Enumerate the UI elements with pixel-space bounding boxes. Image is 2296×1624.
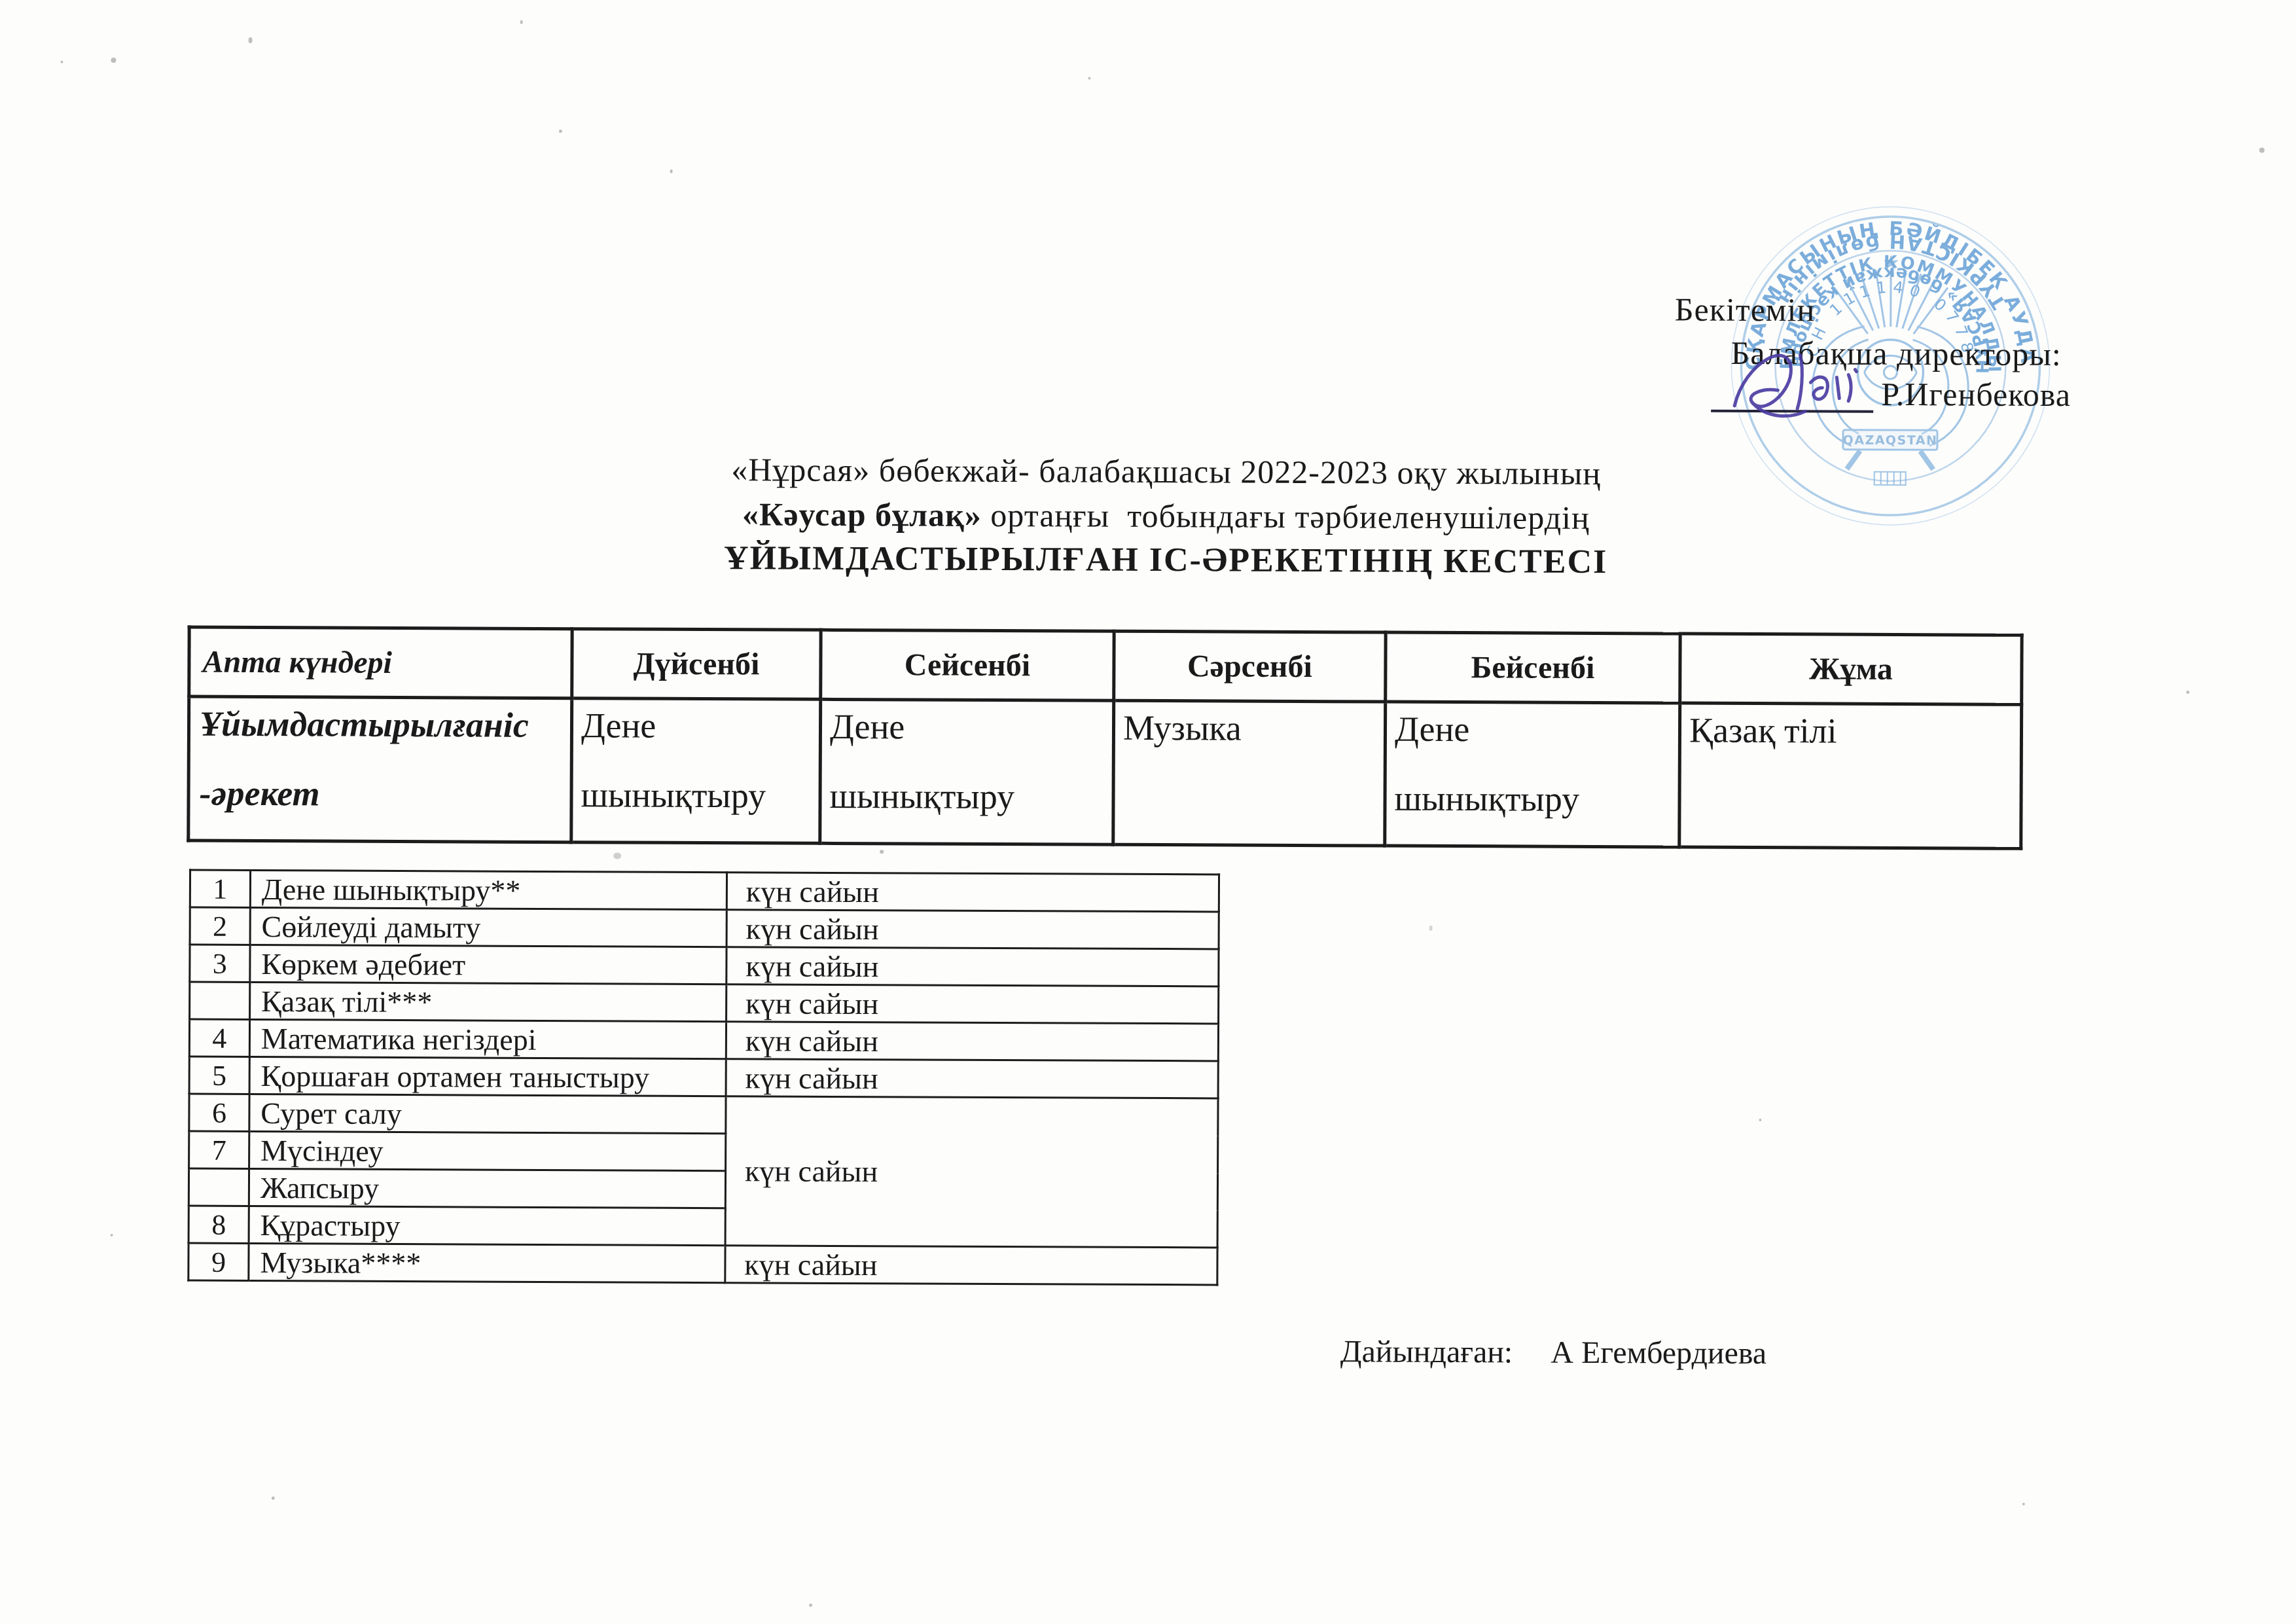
activity-name-cell: Құрастыру — [249, 1206, 725, 1246]
scan-speck — [1088, 77, 1090, 80]
activity-name-cell: Сөйлеуді дамыту — [250, 908, 726, 947]
table-row: 1 Дене шынықтыру** күн сайын — [190, 870, 1219, 912]
table-row: 6 Сурет салу күн сайын — [189, 1094, 1218, 1136]
scan-speck — [809, 1604, 812, 1607]
frequency-cell: күн сайын — [726, 947, 1219, 986]
scan-speck — [2259, 147, 2265, 153]
scan-speck — [2022, 1503, 2025, 1506]
activity-name-cell: Қазақ тілі*** — [250, 983, 726, 1022]
week-header-row: Апта күндері Дүйсенбі Сейсенбі Сәрсенбі … — [189, 627, 2022, 704]
scan-speck — [559, 130, 562, 133]
table-row: 5 Қоршаған ортамен таныстыру күн сайын — [189, 1056, 1218, 1098]
frequency-cell: күн сайын — [726, 1059, 1218, 1098]
scan-speck — [249, 37, 253, 43]
row-number-cell — [188, 1168, 249, 1206]
director-name: Р.Игенбекова — [1881, 375, 2071, 414]
title-group-name: «Кәусар бұлақ» — [742, 496, 982, 533]
frequency-cell: күн сайын — [725, 1246, 1217, 1285]
title-line-1: «Нұрсая» бөбекжай- балабақшасы 2022-2023… — [368, 446, 1965, 497]
activity-name-cell: Дене шынықтыру** — [250, 871, 726, 910]
scan-speck — [272, 1496, 275, 1500]
activity-name-cell: Жапсыру — [249, 1169, 725, 1208]
scan-speck — [1759, 1119, 1761, 1121]
frequency-cell-merged: күн сайын — [725, 1096, 1218, 1248]
approve-label: Бекітемін — [1675, 291, 1816, 329]
scan-speck — [2186, 691, 2189, 694]
table-row: 3 Көркем әдебиет күн сайын — [190, 945, 1219, 986]
table-row: 4 Математика негіздері күн сайын — [189, 1019, 1218, 1061]
activity-name-cell: Сурет салу — [249, 1094, 726, 1134]
title-line-2: «Кәусар бұлақ» ортаңғы тобындағы тәрбиел… — [367, 490, 1964, 542]
stamp-center-label: QAZAQSTAN — [1843, 433, 1938, 448]
table-row: Қазақ тілі*** күн сайын — [190, 982, 1219, 1024]
row-number-cell: 7 — [189, 1131, 249, 1168]
row-number-cell: 2 — [190, 907, 250, 945]
row-number-cell: 6 — [189, 1094, 249, 1131]
frequency-cell: күн сайын — [726, 1022, 1218, 1061]
row-number-cell — [190, 982, 250, 1019]
weekly-schedule-table: Апта күндері Дүйсенбі Сейсенбі Сәрсенбі … — [187, 626, 2023, 850]
prepared-by-name: А Егембердиева — [1551, 1335, 1767, 1371]
day-header-wednesday: Сәрсенбі — [1114, 631, 1386, 702]
day-header-tuesday: Сейсенбі — [821, 630, 1114, 700]
scan-smudge — [613, 852, 621, 859]
thursday-activity-cell: Дене шынықтыру — [1385, 702, 1680, 847]
tuesday-activity-cell: Дене шынықтыру — [820, 699, 1114, 844]
scanned-document-sheet: БАСҚАРМАСЫНЫҢ БӘЙДІБЕК АУДАНЫ ТҮРКІСТАН … — [0, 0, 2296, 1624]
row-number-cell: 1 — [190, 870, 250, 907]
scan-speck — [60, 61, 63, 63]
handwritten-signature — [1727, 335, 1897, 427]
prepared-by-label: Дайындаған: — [1340, 1334, 1513, 1369]
daily-activities-table: 1 Дене шынықтыру** күн сайын 2 Сөйлеуді … — [187, 869, 1220, 1286]
title-line-2-rest: ортаңғы тобындағы тәрбиеленушілердің — [982, 497, 1590, 536]
row-number-cell: 5 — [189, 1056, 249, 1094]
frequency-cell: күн сайын — [726, 984, 1219, 1024]
week-activities-row: Ұйымдастырылғаніс -әрекет Дене шынықтыру… — [188, 696, 2022, 848]
scan-speck — [880, 850, 884, 854]
row-number-cell: 9 — [188, 1243, 249, 1280]
scan-speck — [1429, 926, 1433, 931]
day-header-monday: Дүйсенбі — [572, 629, 821, 700]
activity-name-cell: Музыка**** — [249, 1244, 725, 1283]
friday-activity-cell: Қазақ тілі — [1679, 703, 2022, 848]
frequency-cell: күн сайын — [726, 873, 1219, 912]
day-header-friday: Жұма — [1680, 634, 2022, 704]
week-days-header: Апта күндері — [189, 627, 572, 698]
row-number-cell: 4 — [189, 1019, 249, 1056]
document-title-block: «Нұрсая» бөбекжай- балабақшасы 2022-2023… — [367, 446, 1965, 586]
row-number-cell: 8 — [188, 1206, 249, 1243]
table-row: 2 Сөйлеуді дамыту күн сайын — [190, 907, 1219, 949]
scan-speck — [111, 1234, 113, 1236]
scan-speck — [111, 58, 116, 63]
frequency-cell: күн сайын — [726, 910, 1219, 949]
table-row: 9 Музыка**** күн сайын — [188, 1243, 1217, 1285]
wednesday-activity-cell: Музыка — [1113, 700, 1386, 846]
organized-activity-label: Ұйымдастырылғаніс -әрекет — [188, 696, 572, 842]
activity-name-cell: Қоршаған ортамен таныстыру — [249, 1057, 726, 1096]
activity-name-cell: Көркем әдебиет — [250, 945, 726, 984]
title-line-3: ҰЙЫМДАСТЫРЫЛҒАН ІС-ӘРЕКЕТІНІҢ КЕСТЕСІ — [367, 535, 1964, 586]
monday-activity-cell: Дене шынықтыру — [571, 698, 821, 844]
activity-name-cell: Математика негіздері — [249, 1020, 726, 1059]
scan-speck — [670, 170, 673, 173]
activity-name-cell: Мүсіндеу — [249, 1132, 726, 1171]
prepared-by-line: Дайындаған:А Егембердиева — [1340, 1333, 1767, 1371]
day-header-thursday: Бейсенбі — [1386, 632, 1680, 703]
row-number-cell: 3 — [190, 945, 250, 982]
scan-speck — [520, 20, 523, 24]
